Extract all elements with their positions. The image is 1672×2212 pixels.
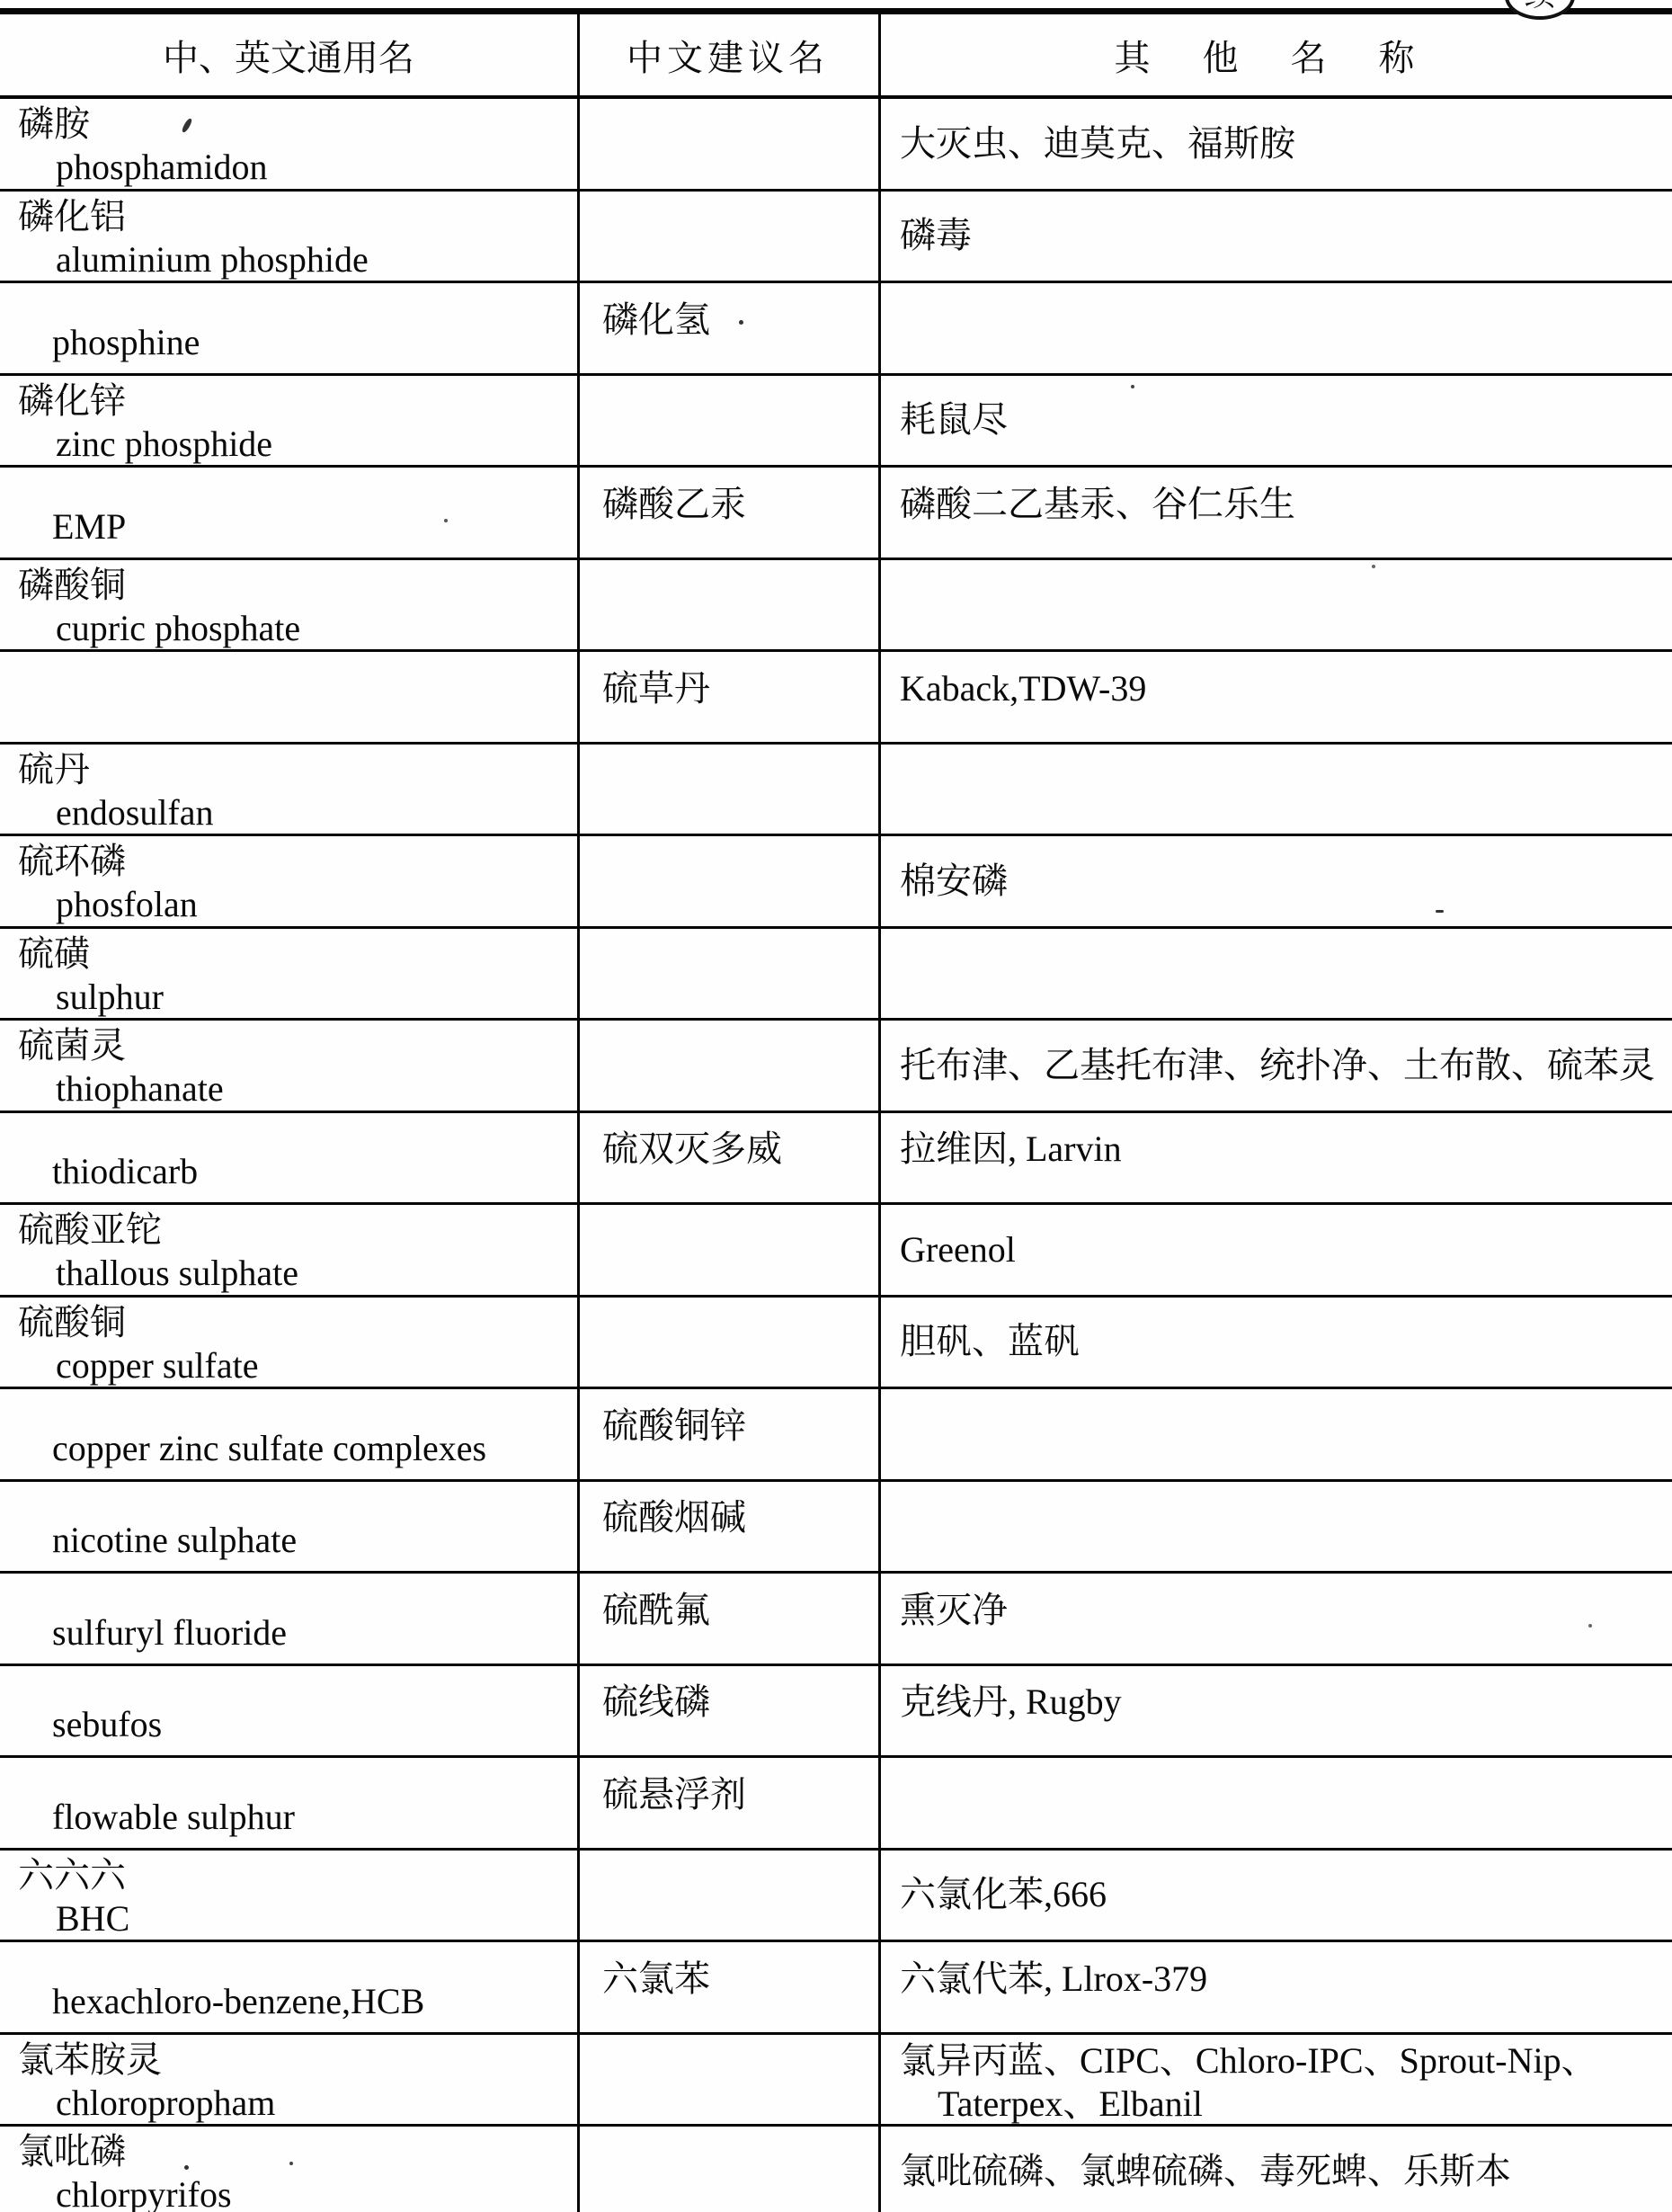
cell-other-names: 氯异丙蓝、CIPC、Chloro-IPC、Sprout-Nip、 Taterpe… (878, 2035, 1672, 2125)
table-row: 硫酸铜 copper sulfate 胆矾、蓝矾 (0, 1298, 1672, 1390)
cell-common-name: thiodicarb (0, 1113, 577, 1203)
cell-suggested-name (577, 376, 878, 466)
cell-other-names: 托布津、乙基托布津、统扑净、土布散、硫苯灵 (878, 1021, 1672, 1110)
column-divider-1 (577, 8, 580, 2212)
common-name-english: hexachloro-benzene,HCB (52, 1980, 424, 2023)
common-name-english: copper zinc sulfate complexes (52, 1427, 486, 1470)
continued-character: 续 (1525, 0, 1555, 12)
common-name-english: sulfuryl fluoride (52, 1611, 287, 1655)
cell-common-name: EMP (0, 468, 577, 557)
common-name-english: phosfolan (56, 883, 577, 926)
common-name-chinese: 磷胺 (18, 103, 577, 146)
common-name-chinese: 硫酸铜 (18, 1301, 577, 1344)
other-names-text: 熏灭净 (900, 1589, 1008, 1632)
common-name-english: flowable sulphur (52, 1796, 295, 1839)
cell-common-name: flowable sulphur (0, 1758, 577, 1848)
cell-other-names: 胆矾、蓝矾 (878, 1298, 1672, 1387)
other-names-text: Kaback,TDW-39 (900, 667, 1146, 710)
header-common-name: 中、英文通用名 (0, 14, 577, 95)
table-row: 硫菌灵 thiophanate 托布津、乙基托布津、统扑净、土布散、硫苯灵 (0, 1021, 1672, 1113)
cell-suggested-name: 硫酰氟 (577, 1574, 878, 1663)
table-row: 硫磺 sulphur (0, 929, 1672, 1021)
table-row: 磷胺 phosphamidon 大灭虫、迪莫克、福斯胺 (0, 99, 1672, 192)
cell-suggested-name (577, 2035, 878, 2125)
common-name-chinese: 六六六 (18, 1854, 577, 1897)
other-names-text: 六氯化苯,666 (900, 1873, 1107, 1916)
scan-speck (1436, 910, 1444, 913)
cell-common-name (0, 652, 577, 742)
cell-common-name: 硫酸亚铊 thallous sulphate (0, 1205, 577, 1295)
scan-speck (184, 2165, 189, 2170)
table-row: 氯吡磷 chlorpyrifos 氯吡硫磷、氯蜱硫磷、毒死蜱、乐斯本 (0, 2127, 1672, 2212)
cell-suggested-name: 磷化氢 (577, 283, 878, 373)
other-names-text-line1: 氯异丙蓝、CIPC、Chloro-IPC、Sprout-Nip、 (900, 2039, 1597, 2083)
cell-common-name: 磷酸铜 cupric phosphate (0, 560, 577, 650)
cell-other-names: 磷酸二乙基汞、谷仁乐生 (878, 468, 1672, 557)
cell-suggested-name: 硫悬浮剂 (577, 1758, 878, 1848)
table-row: 硫丹 endosulfan (0, 745, 1672, 837)
common-name-chinese: 硫丹 (18, 748, 577, 791)
cell-common-name: 磷化铝 aluminium phosphide (0, 192, 577, 281)
page-top-rule (0, 8, 1672, 14)
table-row: sulfuryl fluoride 硫酰氟 熏灭净 (0, 1574, 1672, 1666)
other-names-text: 六氯代苯, Llrox-379 (900, 1958, 1207, 2001)
cell-other-names: Greenol (878, 1205, 1672, 1295)
common-name-english: cupric phosphate (56, 607, 577, 650)
common-name-english: sulphur (56, 976, 577, 1019)
other-names-text: 克线丹, Rugby (900, 1681, 1122, 1724)
common-name-english: endosulfan (56, 791, 577, 834)
common-name-english: copper sulfate (56, 1344, 577, 1387)
other-names-text: 磷毒 (900, 214, 972, 257)
scan-speck (1372, 565, 1375, 568)
cell-other-names (878, 929, 1672, 1019)
common-name-chinese: 硫磺 (18, 932, 577, 976)
common-name-english: chloropropham (56, 2082, 577, 2125)
other-names-text: 磷酸二乙基汞、谷仁乐生 (900, 483, 1295, 526)
cell-other-names (878, 283, 1672, 373)
suggested-name-text: 硫草丹 (602, 667, 710, 710)
cell-common-name: 硫酸铜 copper sulfate (0, 1298, 577, 1387)
suggested-name-text: 六氯苯 (602, 1958, 710, 2001)
cell-suggested-name (577, 1851, 878, 1940)
cell-common-name: nicotine sulphate (0, 1482, 577, 1572)
table-row: EMP 磷酸乙汞 磷酸二乙基汞、谷仁乐生 (0, 468, 1672, 560)
cell-common-name: 六六六 BHC (0, 1851, 577, 1940)
cell-suggested-name: 硫线磷 (577, 1666, 878, 1756)
table-row: 氯苯胺灵 chloropropham 氯异丙蓝、CIPC、Chloro-IPC、… (0, 2035, 1672, 2127)
cell-suggested-name: 硫双灭多威 (577, 1113, 878, 1203)
cell-common-name: 硫环磷 phosfolan (0, 836, 577, 926)
other-names-text: 耗鼠尽 (900, 398, 1008, 442)
suggested-name-text: 硫酸铜锌 (602, 1405, 746, 1448)
cell-suggested-name: 磷酸乙汞 (577, 468, 878, 557)
cell-suggested-name: 硫草丹 (577, 652, 878, 742)
cell-other-names: 克线丹, Rugby (878, 1666, 1672, 1756)
scanned-document-page: 续 中、英文通用名 中文建议名 其 他 名 称 磷胺 phosphamidon … (0, 0, 1672, 2212)
scan-speck (444, 519, 448, 522)
table-body: 磷胺 phosphamidon 大灭虫、迪莫克、福斯胺 磷化铝 aluminiu… (0, 99, 1672, 2212)
column-divider-2 (878, 8, 881, 2212)
cell-common-name: 磷化锌 zinc phosphide (0, 376, 577, 466)
cell-suggested-name (577, 1021, 878, 1110)
suggested-name-text: 硫线磷 (602, 1681, 710, 1724)
common-name-english: aluminium phosphide (56, 238, 577, 281)
cell-other-names: 磷毒 (878, 192, 1672, 281)
cell-suggested-name (577, 929, 878, 1019)
cell-other-names: 耗鼠尽 (878, 376, 1672, 466)
table-header-row: 中、英文通用名 中文建议名 其 他 名 称 (0, 14, 1672, 99)
scan-speck (289, 2162, 293, 2165)
table-row: 六六六 BHC 六氯化苯,666 (0, 1851, 1672, 1943)
scan-speck (739, 320, 743, 325)
table-row: thiodicarb 硫双灭多威 拉维因, Larvin (0, 1113, 1672, 1206)
table-row: hexachloro-benzene,HCB 六氯苯 六氯代苯, Llrox-3… (0, 1942, 1672, 2035)
cell-other-names: 氯吡硫磷、氯蜱硫磷、毒死蜱、乐斯本 (878, 2127, 1672, 2212)
suggested-name-text: 硫酰氟 (602, 1589, 710, 1632)
cell-common-name: 硫丹 endosulfan (0, 745, 577, 834)
other-names-text: 棉安磷 (900, 860, 1008, 903)
cell-other-names (878, 1389, 1672, 1479)
cell-other-names (878, 745, 1672, 834)
cell-other-names: 熏灭净 (878, 1574, 1672, 1663)
scan-speck (1588, 1624, 1592, 1628)
common-name-english: thiophanate (56, 1067, 577, 1110)
suggested-name-text: 硫酸烟碱 (602, 1496, 746, 1539)
cell-suggested-name (577, 560, 878, 650)
suggested-name-text: 磷化氢 (602, 299, 710, 342)
cell-common-name: 氯苯胺灵 chloropropham (0, 2035, 577, 2125)
other-names-text: Greenol (900, 1228, 1016, 1271)
cell-common-name: copper zinc sulfate complexes (0, 1389, 577, 1479)
cell-suggested-name (577, 99, 878, 189)
other-names-text: 托布津、乙基托布津、统扑净、土布散、硫苯灵 (900, 1044, 1655, 1087)
cell-other-names (878, 1482, 1672, 1572)
cell-suggested-name (577, 192, 878, 281)
common-name-english: EMP (52, 505, 126, 549)
common-name-chinese: 硫环磷 (18, 840, 577, 883)
cell-common-name: 硫菌灵 thiophanate (0, 1021, 577, 1110)
other-names-text: 胆矾、蓝矾 (900, 1320, 1080, 1363)
table-row: 磷化锌 zinc phosphide 耗鼠尽 (0, 376, 1672, 468)
table-row: 磷酸铜 cupric phosphate (0, 560, 1672, 653)
table-row: 硫酸亚铊 thallous sulphate Greenol (0, 1205, 1672, 1298)
table-row: phosphine 磷化氢 (0, 283, 1672, 376)
scan-speck (1131, 385, 1134, 388)
cell-other-names: 大灭虫、迪莫克、福斯胺 (878, 99, 1672, 189)
cell-suggested-name: 硫酸铜锌 (577, 1389, 878, 1479)
header-suggested-name: 中文建议名 (577, 14, 878, 95)
cell-common-name: 硫磺 sulphur (0, 929, 577, 1019)
cell-other-names: 六氯代苯, Llrox-379 (878, 1942, 1672, 2032)
common-name-chinese: 磷化锌 (18, 379, 577, 423)
common-name-english: BHC (56, 1897, 577, 1940)
common-name-english: thallous sulphate (56, 1252, 577, 1295)
common-name-english: phosphamidon (56, 146, 577, 189)
common-name-english: chlorpyrifos (56, 2173, 577, 2212)
common-name-chinese: 磷化铝 (18, 195, 577, 238)
common-name-english: thiodicarb (52, 1150, 198, 1193)
cell-common-name: phosphine (0, 283, 577, 373)
suggested-name-text: 硫悬浮剂 (602, 1773, 746, 1816)
table-row: 硫草丹 Kaback,TDW-39 (0, 652, 1672, 745)
common-name-english: phosphine (52, 321, 200, 364)
cell-suggested-name (577, 836, 878, 926)
common-name-chinese: 氯吡磷 (18, 2130, 577, 2173)
cell-other-names: 拉维因, Larvin (878, 1113, 1672, 1203)
other-names-text: 氯吡硫磷、氯蜱硫磷、毒死蜱、乐斯本 (900, 2150, 1511, 2193)
cell-suggested-name (577, 1298, 878, 1387)
cell-other-names: Kaback,TDW-39 (878, 652, 1672, 742)
common-name-english: nicotine sulphate (52, 1519, 297, 1562)
suggested-name-text: 磷酸乙汞 (602, 483, 746, 526)
suggested-name-text: 硫双灭多威 (602, 1128, 782, 1171)
table-row: sebufos 硫线磷 克线丹, Rugby (0, 1666, 1672, 1759)
table-row: copper zinc sulfate complexes 硫酸铜锌 (0, 1389, 1672, 1482)
other-names-text: 大灭虫、迪莫克、福斯胺 (900, 122, 1295, 165)
common-name-chinese: 硫菌灵 (18, 1024, 577, 1067)
cell-common-name: sebufos (0, 1666, 577, 1756)
cell-suggested-name: 硫酸烟碱 (577, 1482, 878, 1572)
common-name-chinese: 硫酸亚铊 (18, 1209, 577, 1252)
cell-other-names (878, 1758, 1672, 1848)
other-names-text-line2: Taterpex、Elbanil (938, 2083, 1203, 2126)
cell-suggested-name (577, 1205, 878, 1295)
common-name-chinese: 磷酸铜 (18, 564, 577, 607)
common-name-chinese: 氯苯胺灵 (18, 2038, 577, 2082)
common-name-english: zinc phosphide (56, 423, 577, 466)
common-name-english: sebufos (52, 1703, 162, 1746)
cell-other-names: 六氯化苯,666 (878, 1851, 1672, 1940)
header-other-names: 其 他 名 称 (878, 14, 1672, 95)
cell-common-name: 氯吡磷 chlorpyrifos (0, 2127, 577, 2212)
cell-suggested-name (577, 2127, 878, 2212)
cell-other-names (878, 560, 1672, 650)
cell-suggested-name (577, 745, 878, 834)
table-row: nicotine sulphate 硫酸烟碱 (0, 1482, 1672, 1574)
table-row: 磷化铝 aluminium phosphide 磷毒 (0, 192, 1672, 284)
cell-common-name: hexachloro-benzene,HCB (0, 1942, 577, 2032)
cell-common-name: 磷胺 phosphamidon (0, 99, 577, 189)
cell-common-name: sulfuryl fluoride (0, 1574, 577, 1663)
cell-suggested-name: 六氯苯 (577, 1942, 878, 2032)
other-names-text: 拉维因, Larvin (900, 1128, 1122, 1171)
cell-other-names: 棉安磷 (878, 836, 1672, 926)
table-row: 硫环磷 phosfolan 棉安磷 (0, 836, 1672, 929)
table-row: flowable sulphur 硫悬浮剂 (0, 1758, 1672, 1851)
